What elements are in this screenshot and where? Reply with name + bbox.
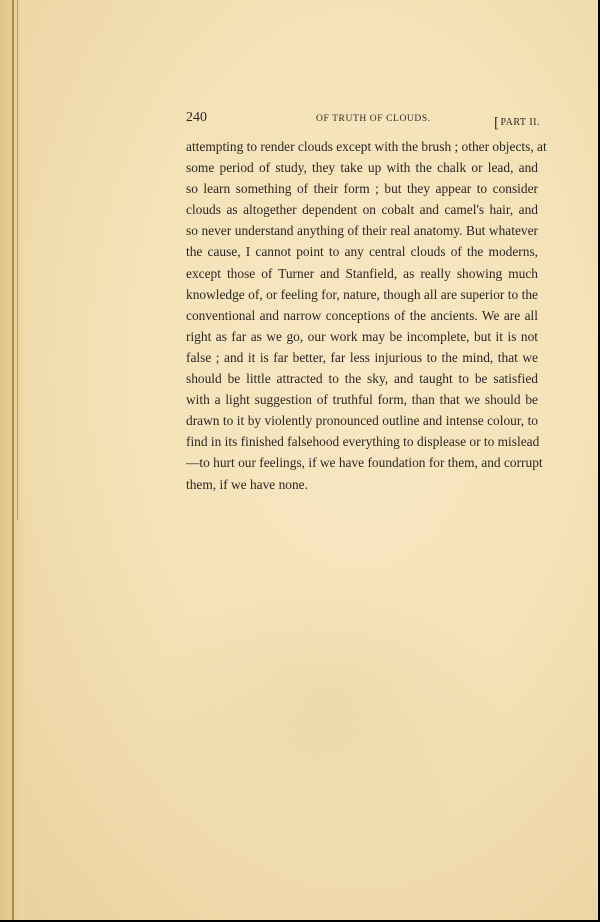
binding-line-secondary: [17, 0, 18, 520]
body-paragraph: attempting to render clouds except with …: [186, 136, 538, 495]
page-header: 240 OF TRUTH OF CLOUDS. [PART II.: [186, 110, 540, 130]
text-line: drawn to it by violently pronounced outl…: [186, 410, 538, 431]
binding-line: [12, 0, 14, 920]
part-bracket: [: [494, 115, 500, 131]
page-number: 240: [186, 110, 207, 126]
text-line: —to hurt our feelings, if we have founda…: [186, 452, 538, 473]
text-line: should be little attracted to the sky, a…: [186, 368, 538, 389]
text-line: right as far as we go, our work may be i…: [186, 326, 538, 347]
book-page: 240 OF TRUTH OF CLOUDS. [PART II. attemp…: [0, 0, 598, 920]
text-line: knowledge of, or feeling for, nature, th…: [186, 284, 538, 305]
text-line: the cause, I cannot point to any central…: [186, 241, 538, 262]
text-line: except those of Turner and Stanfield, as…: [186, 263, 538, 284]
text-line: false ; and it is far better, far less i…: [186, 347, 538, 368]
text-line: attempting to render clouds except with …: [186, 136, 538, 157]
paper-stain: [150, 560, 510, 860]
part-text: PART II.: [500, 117, 540, 128]
text-line: so never understand anything of their re…: [186, 220, 538, 241]
text-line: find in its finished falsehood everythin…: [186, 431, 538, 452]
text-line: so learn something of their form ; but t…: [186, 178, 538, 199]
part-label: [PART II.: [494, 113, 540, 130]
text-line: some period of study, they take up with …: [186, 157, 538, 178]
text-line-last: them, if we have none.: [186, 474, 538, 495]
running-title: OF TRUTH OF CLOUDS.: [316, 114, 431, 124]
text-line: clouds as altogether dependent on cobalt…: [186, 199, 538, 220]
text-line: with a light suggestion of truthful form…: [186, 389, 538, 410]
text-line: conventional and narrow conceptions of t…: [186, 305, 538, 326]
